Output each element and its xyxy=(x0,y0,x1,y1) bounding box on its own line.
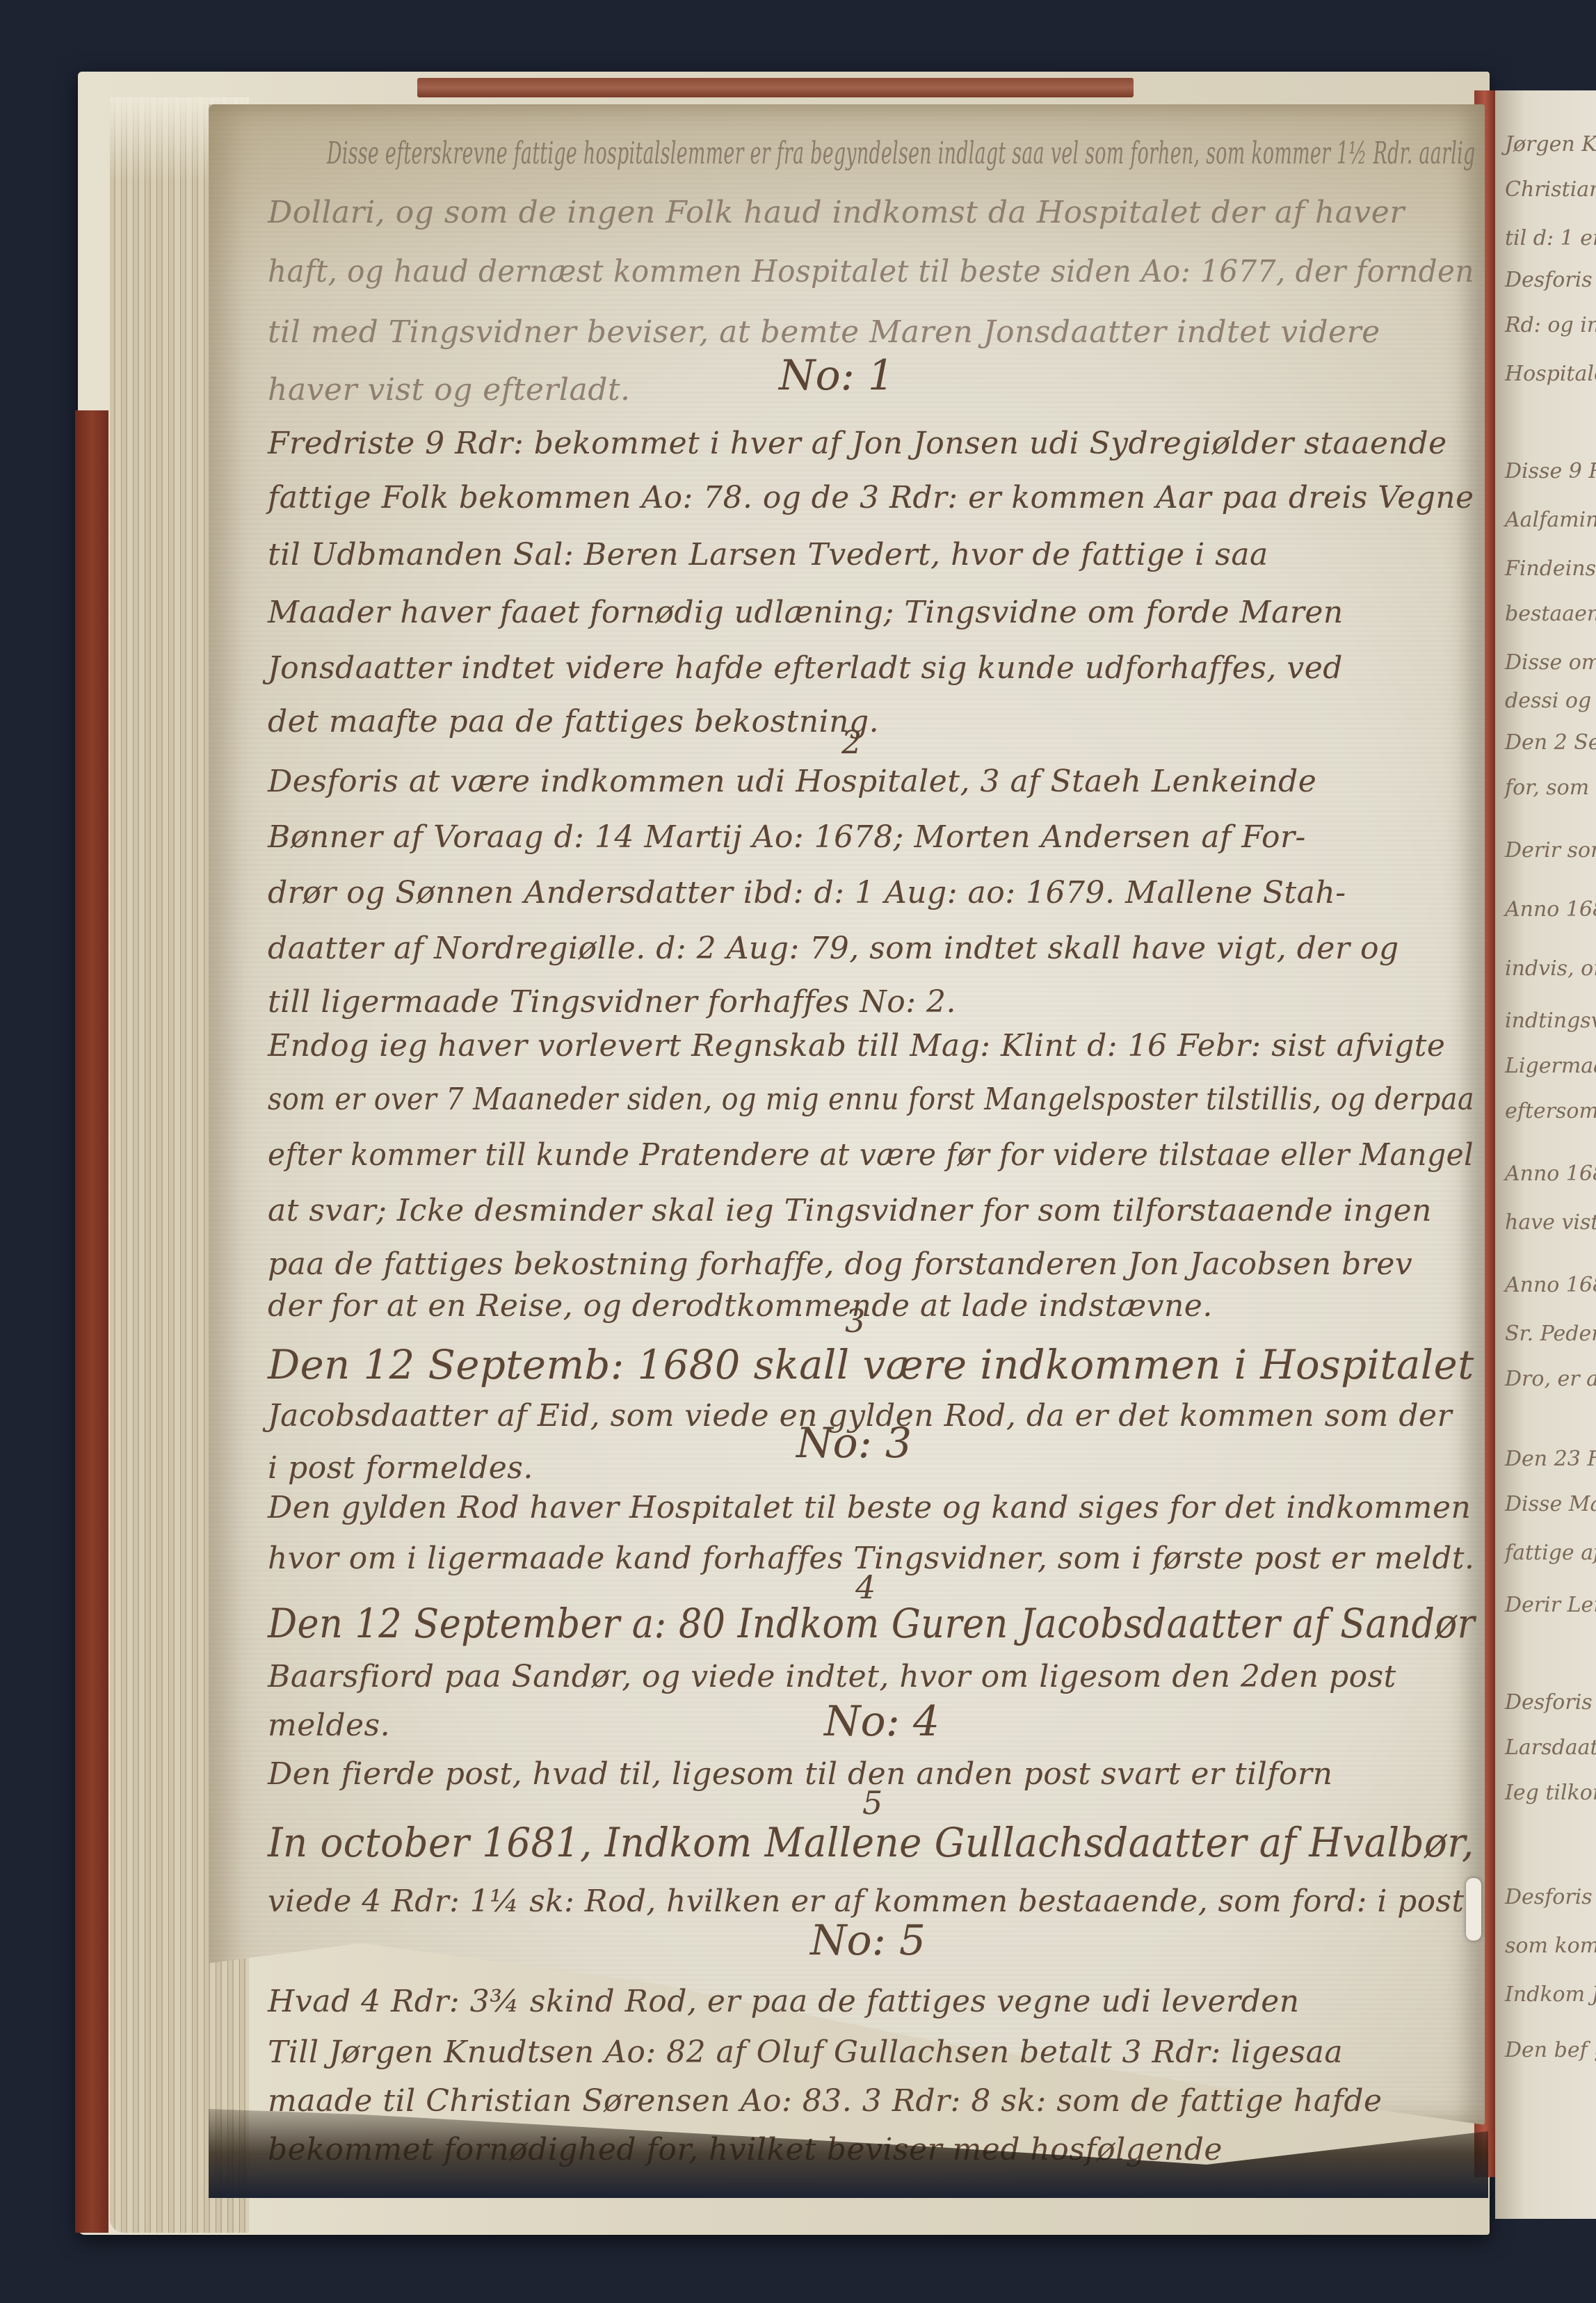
text-fragment: Disse 9 Rd: dry xyxy=(1505,459,1596,483)
text-fragment: Disse om indt xyxy=(1505,650,1596,675)
text-line: drør og Sønnen Andersdatter ibd: d: 1 Au… xyxy=(268,875,1346,910)
text-fragment: fattige af Lip xyxy=(1505,1541,1596,1565)
text-fragment: Findeins Staeh xyxy=(1505,556,1596,581)
text-fragment: til d: 1 er fra xyxy=(1505,226,1596,250)
text-line: som er over 7 Maaneder siden, og mig enn… xyxy=(268,1082,1474,1117)
text-fragment: Jørgen Kn xyxy=(1505,132,1596,157)
leather-spine-top xyxy=(417,78,1134,97)
text-fragment: Christian S xyxy=(1505,177,1596,202)
binding-thread xyxy=(1466,1878,1481,1941)
text-line: haver vist og efterladt. xyxy=(268,372,631,408)
text-line: paa de fattiges bekostning forhaffe, dog… xyxy=(268,1246,1412,1282)
entry-number: 3 xyxy=(845,1302,865,1340)
adjacent-page: Jørgen Kn Christian S til d: 1 er fra De… xyxy=(1495,90,1596,2219)
text-fragment: Sr. Peder xyxy=(1505,1322,1596,1346)
text-line: at svar; Icke desminder skal ieg Tingsvi… xyxy=(268,1193,1432,1228)
text-fragment: Disse Mantig xyxy=(1505,1492,1596,1516)
text-line: der for at en Reise, og derodtkommende a… xyxy=(268,1288,1213,1324)
text-fragment: indvis, om hav xyxy=(1505,956,1596,981)
text-line: Den 12 Septemb: 1680 skall være indkomme… xyxy=(268,1341,1474,1388)
text-line: maade til Christian Sørensen Ao: 83. 3 R… xyxy=(268,2083,1383,2119)
text-fragment: Ieg tilkomm xyxy=(1505,1781,1596,1805)
text-fragment: Desforis at v xyxy=(1505,268,1596,292)
text-line: Till Jørgen Knudtsen Ao: 82 af Oluf Gull… xyxy=(268,2035,1343,2070)
text-line: fattige Folk bekommen Ao: 78. og de 3 Rd… xyxy=(268,480,1474,515)
text-line: i post formeldes. xyxy=(268,1450,533,1486)
text-fragment: Anno 1687 Ma xyxy=(1505,1162,1596,1186)
text-fragment: for, som indtet xyxy=(1505,776,1596,800)
text-line: Dollari, og som de ingen Folk haud indko… xyxy=(268,195,1405,230)
text-fragment: dessi og 3die post xyxy=(1505,689,1596,713)
text-line: meldes. xyxy=(268,1708,390,1743)
entry-number: No: 4 xyxy=(824,1697,940,1746)
text-line: In october 1681, Indkom Mallene Gullachs… xyxy=(268,1819,1474,1866)
text-line: efter kommer till kunde Pratendere at væ… xyxy=(268,1137,1474,1173)
text-fragment: Anno 1683 de xyxy=(1505,1273,1596,1297)
text-line: Baarsfiord paa Sandør, og viede indtet, … xyxy=(268,1659,1396,1694)
entry-number: No: 3 xyxy=(796,1419,912,1468)
text-fragment: Desforis xyxy=(1505,1885,1593,1909)
text-line: Hvad 4 Rdr: 3¾ skind Rod, er paa de fatt… xyxy=(268,1984,1300,2019)
text-fragment: eftersom for xyxy=(1505,1099,1596,1123)
text-fragment: Derir Lenkeinde xyxy=(1505,1593,1596,1617)
text-line: Endog ieg haver vorlevert Regnskab till … xyxy=(268,1028,1445,1064)
text-fragment: bestaaende fra xyxy=(1505,602,1596,626)
text-fragment: Derir som til xyxy=(1505,838,1596,862)
text-line: daatter af Nordregiølle. d: 2 Aug: 79, s… xyxy=(268,931,1399,966)
text-fragment: Den bef gam xyxy=(1505,2038,1596,2062)
entry-number: 5 xyxy=(862,1784,882,1822)
text-fragment: Larsdaatter xyxy=(1505,1735,1596,1760)
entry-number: No: 1 xyxy=(779,351,894,400)
text-fragment: Hospitalet til i xyxy=(1505,362,1596,386)
text-line: viede 4 Rdr: 1¼ sk: Rod, hvilken er af k… xyxy=(268,1884,1474,1919)
entry-number: 2 xyxy=(841,723,862,761)
text-line: haft, og haud dernæst kommen Hospitalet … xyxy=(268,254,1474,289)
text-fragment: som kommer xyxy=(1505,1934,1596,1958)
text-line: Den fierde post, hvad til, ligesom til d… xyxy=(268,1756,1332,1792)
text-fragment: Desforis atc xyxy=(1505,1690,1596,1715)
text-fragment: Dro, er av xyxy=(1505,1367,1596,1391)
text-line: till ligermaade Tingsvidner forhaffes No… xyxy=(268,984,956,1020)
leather-cover-edge xyxy=(75,410,108,2233)
text-line: Den gylden Rod haver Hospitalet til best… xyxy=(268,1490,1471,1525)
text-line: til Udbmanden Sal: Beren Larsen Tvedert,… xyxy=(268,537,1268,572)
text-fragment: Den 2 Sept: 8 xyxy=(1505,730,1596,755)
text-fragment: Indkom Jo xyxy=(1505,1982,1596,2007)
text-fragment: Den 23 Febr 16 xyxy=(1505,1447,1596,1471)
text-fragment: have vist, derom xyxy=(1505,1210,1596,1235)
text-line: Desforis at være indkommen udi Hospitale… xyxy=(268,764,1316,799)
text-fragment: Ligermaade xyxy=(1505,1054,1596,1078)
text-fragment: indtingsvidner xyxy=(1505,1009,1596,1033)
text-line: til med Tingsvidner beviser, at bemte Ma… xyxy=(268,314,1380,350)
text-line: det maafte paa de fattiges bekostning. xyxy=(268,704,879,739)
text-fragment: Anno 1683 Ska xyxy=(1505,897,1596,922)
text-fragment: Aalfamingo xyxy=(1505,508,1596,532)
text-line: Fredriste 9 Rdr: bekommet i hver af Jon … xyxy=(268,426,1447,461)
text-line: Bønner af Voraag d: 14 Martij Ao: 1678; … xyxy=(268,819,1306,855)
entry-number: No: 5 xyxy=(810,1916,926,1965)
text-line: Disse efterskrevne fattige hospitalslemm… xyxy=(327,136,1475,171)
text-line: Den 12 September a: 80 Indkom Guren Jaco… xyxy=(268,1600,1475,1647)
text-line: Maader haver faaet fornødig udlæning; Ti… xyxy=(268,595,1344,630)
text-line: Jonsdaatter indtet videre hafde efterlad… xyxy=(268,650,1343,686)
text-fragment: Rd: og indt kra xyxy=(1505,313,1596,337)
